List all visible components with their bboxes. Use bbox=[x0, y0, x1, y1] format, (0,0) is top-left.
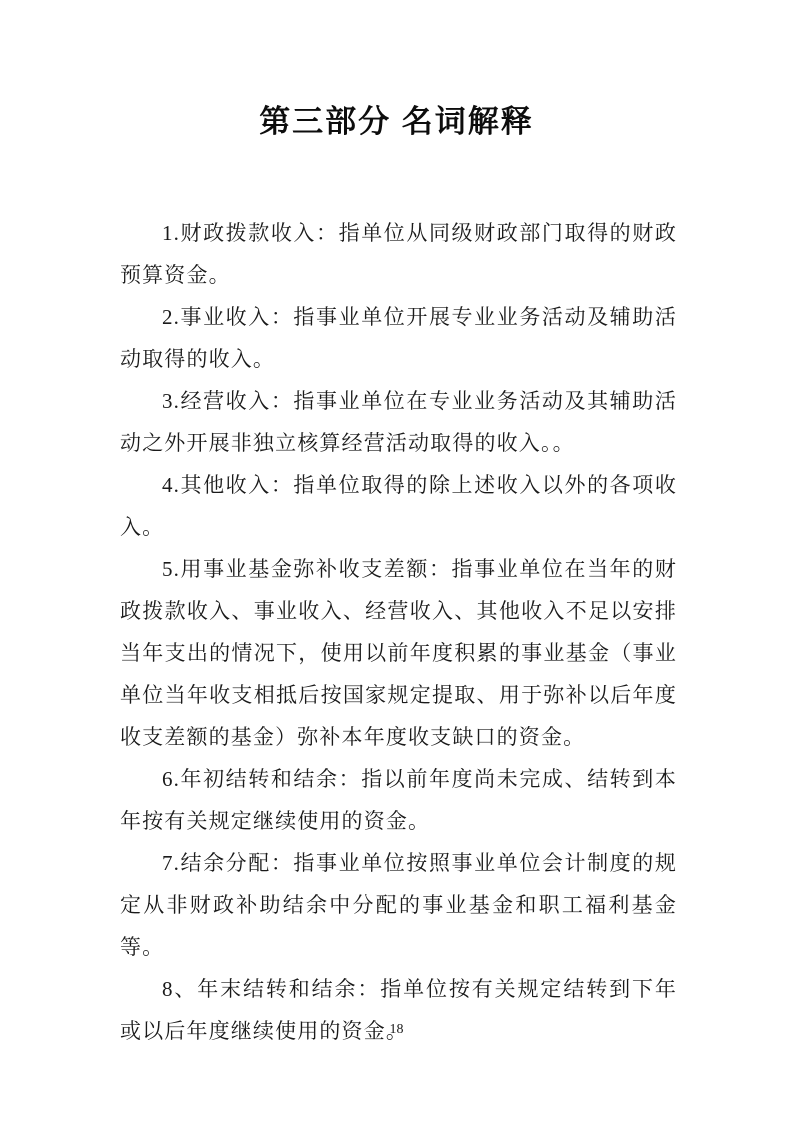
definition-paragraph-1: 1.财政拨款收入：指单位从同级财政部门取得的财政预算资金。 bbox=[120, 212, 677, 296]
document-page: 第三部分 名词解释 1.财政拨款收入：指单位从同级财政部门取得的财政预算资金。 … bbox=[0, 0, 793, 1122]
glossary-body: 1.财政拨款收入：指单位从同级财政部门取得的财政预算资金。 2.事业收入：指事业… bbox=[120, 212, 677, 1052]
definition-paragraph-6: 6.年初结转和结余：指以前年度尚未完成、结转到本年按有关规定继续使用的资金。 bbox=[120, 758, 677, 842]
definition-paragraph-3: 3.经营收入：指事业单位在专业业务活动及其辅助活动之外开展非独立核算经营活动取得… bbox=[120, 380, 677, 464]
definition-paragraph-5: 5.用事业基金弥补收支差额：指事业单位在当年的财政拨款收入、事业收入、经营收入、… bbox=[120, 548, 677, 758]
definition-paragraph-8: 8、年末结转和结余：指单位按有关规定结转到下年或以后年度继续使用的资金。 bbox=[120, 968, 677, 1052]
definition-paragraph-2: 2.事业收入：指事业单位开展专业业务活动及辅助活动取得的收入。 bbox=[120, 296, 677, 380]
definition-paragraph-7: 7.结余分配：指事业单位按照事业单位会计制度的规定从非财政补助结余中分配的事业基… bbox=[120, 842, 677, 968]
section-title: 第三部分 名词解释 bbox=[0, 96, 793, 141]
page-number: 18 bbox=[0, 1022, 793, 1038]
definition-paragraph-4: 4.其他收入：指单位取得的除上述收入以外的各项收入。 bbox=[120, 464, 677, 548]
